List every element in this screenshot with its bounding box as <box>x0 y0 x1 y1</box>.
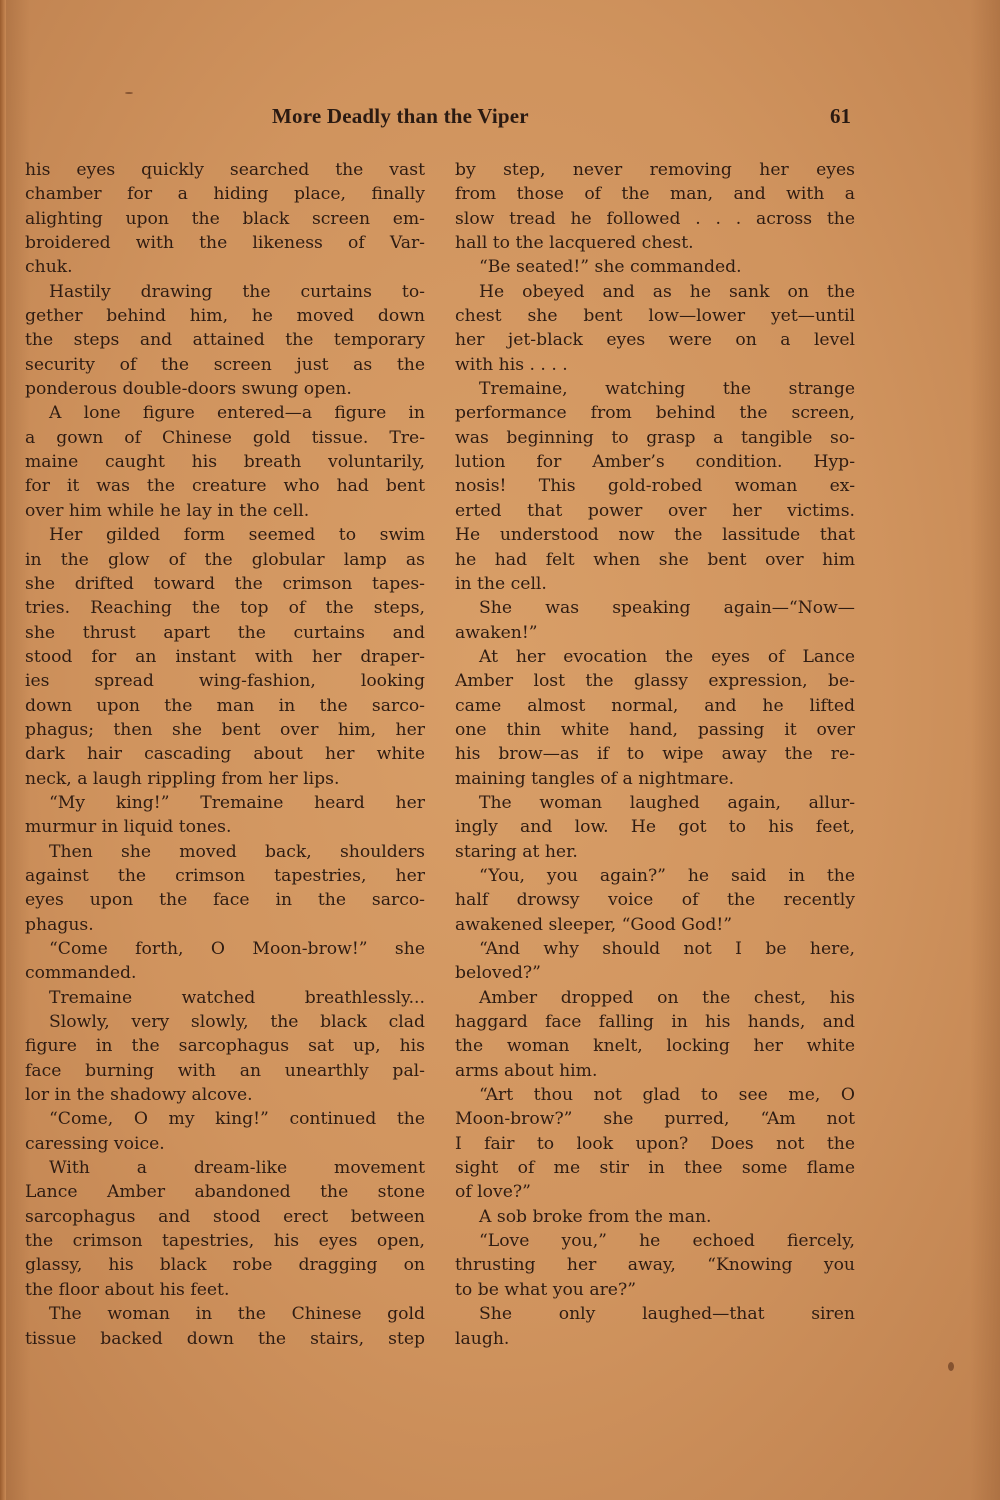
text-line: the crimson tapestries, his eyes open, <box>25 1229 425 1253</box>
text-line: dark hair cascading about her white <box>25 742 425 766</box>
text-line: A sob broke from the man. <box>455 1205 855 1229</box>
text-line: eyes upon the face in the sarco- <box>25 888 425 912</box>
text-line: arms about him. <box>455 1059 855 1083</box>
text-line: by step, never removing her eyes <box>455 158 855 182</box>
running-title: More Deadly than the Viper <box>272 104 529 129</box>
text-line: She only laughed—that siren <box>455 1302 855 1326</box>
text-line: murmur in liquid tones. <box>25 815 425 839</box>
text-line: haggard face falling in his hands, and <box>455 1010 855 1034</box>
text-line: chest she bent low—lower yet—until <box>455 304 855 328</box>
text-line: ies spread wing-fashion, looking <box>25 669 425 693</box>
text-line: Then she moved back, shoulders <box>25 840 425 864</box>
text-line: Tremaine watched breathlessly... <box>25 986 425 1010</box>
text-line: staring at her. <box>455 840 855 864</box>
text-line: commanded. <box>25 961 425 985</box>
text-line: lor in the shadowy alcove. <box>25 1083 425 1107</box>
text-line: maining tangles of a nightmare. <box>455 767 855 791</box>
text-line: came almost normal, and he lifted <box>455 694 855 718</box>
text-line: from those of the man, and with a <box>455 182 855 206</box>
text-line: A lone figure entered—a figure in <box>25 401 425 425</box>
text-line: ponderous double-doors swung open. <box>25 377 425 401</box>
page-header: More Deadly than the Viper 61 <box>0 104 1000 134</box>
text-line: slow tread he followed . . . across the <box>455 207 855 231</box>
text-line: chamber for a hiding place, finally <box>25 182 425 206</box>
text-line: “Come forth, O Moon-brow!” she <box>25 937 425 961</box>
text-line: Her gilded form seemed to swim <box>25 523 425 547</box>
text-line: figure in the sarcophagus sat up, his <box>25 1034 425 1058</box>
text-line: erted that power over her victims. <box>455 499 855 523</box>
text-line: her jet-black eyes were on a level <box>455 328 855 352</box>
text-line: gether behind him, he moved down <box>25 304 425 328</box>
text-line: Moon-brow?” she purred, “Am not <box>455 1107 855 1131</box>
text-line: The woman laughed again, allur- <box>455 791 855 815</box>
text-line: one thin white hand, passing it over <box>455 718 855 742</box>
text-line: sight of me stir in thee some flame <box>455 1156 855 1180</box>
text-line: security of the screen just as the <box>25 353 425 377</box>
text-line: against the crimson tapestries, her <box>25 864 425 888</box>
paper-speck <box>948 1362 954 1371</box>
text-line: the woman knelt, locking her white <box>455 1034 855 1058</box>
text-line: chuk. <box>25 255 425 279</box>
text-line: his brow—as if to wipe away the re- <box>455 742 855 766</box>
text-line: awakened sleeper, “Good God!” <box>455 913 855 937</box>
text-line: to be what you are?” <box>455 1278 855 1302</box>
text-line: awaken!” <box>455 621 855 645</box>
text-line: “You, you again?” he said in the <box>455 864 855 888</box>
text-line: “Come, O my king!” continued the <box>25 1107 425 1131</box>
text-line: sarcophagus and stood erect between <box>25 1205 425 1229</box>
text-line: He understood now the lassitude that <box>455 523 855 547</box>
text-line: He obeyed and as he sank on the <box>455 280 855 304</box>
text-column-left: his eyes quickly searched the vastchambe… <box>25 158 425 1351</box>
text-line: with his . . . . <box>455 353 855 377</box>
paper-speck <box>125 92 133 94</box>
text-line: hall to the lacquered chest. <box>455 231 855 255</box>
text-line: “Love you,” he echoed fiercely, <box>455 1229 855 1253</box>
text-line: for it was the creature who had bent <box>25 474 425 498</box>
text-line: she drifted toward the crimson tapes- <box>25 572 425 596</box>
text-line: At her evocation the eyes of Lance <box>455 645 855 669</box>
text-line: of love?” <box>455 1180 855 1204</box>
text-line: in the glow of the globular lamp as <box>25 548 425 572</box>
text-line: his eyes quickly searched the vast <box>25 158 425 182</box>
text-line: glassy, his black robe dragging on <box>25 1253 425 1277</box>
text-line: maine caught his breath voluntarily, <box>25 450 425 474</box>
text-line: “And why should not I be here, <box>455 937 855 961</box>
text-line: laugh. <box>455 1327 855 1351</box>
page-spine-shadow <box>0 0 6 1500</box>
text-line: was beginning to grasp a tangible so- <box>455 426 855 450</box>
text-line: phagus; then she bent over him, her <box>25 718 425 742</box>
text-line: a gown of Chinese gold tissue. Tre- <box>25 426 425 450</box>
text-line: she thrust apart the curtains and <box>25 621 425 645</box>
text-line: ingly and low. He got to his feet, <box>455 815 855 839</box>
page-number: 61 <box>830 104 851 129</box>
text-line: half drowsy voice of the recently <box>455 888 855 912</box>
text-line: “Art thou not glad to see me, O <box>455 1083 855 1107</box>
text-line: “My king!” Tremaine heard her <box>25 791 425 815</box>
text-line: Slowly, very slowly, the black clad <box>25 1010 425 1034</box>
text-line: neck, a laugh rippling from her lips. <box>25 767 425 791</box>
text-line: caressing voice. <box>25 1132 425 1156</box>
text-line: lution for Amber’s condition. Hyp- <box>455 450 855 474</box>
text-line: thrusting her away, “Knowing you <box>455 1253 855 1277</box>
text-line: The woman in the Chinese gold <box>25 1302 425 1326</box>
text-line: I fair to look upon? Does not the <box>455 1132 855 1156</box>
text-column-right: by step, never removing her eyesfrom tho… <box>455 158 855 1351</box>
text-line: tries. Reaching the top of the steps, <box>25 596 425 620</box>
text-line: alighting upon the black screen em- <box>25 207 425 231</box>
text-line: stood for an instant with her draper- <box>25 645 425 669</box>
text-line: Hastily drawing the curtains to- <box>25 280 425 304</box>
text-line: he had felt when she bent over him <box>455 548 855 572</box>
text-line: the steps and attained the temporary <box>25 328 425 352</box>
text-line: Tremaine, watching the strange <box>455 377 855 401</box>
text-line: She was speaking again—“Now— <box>455 596 855 620</box>
text-line: Amber lost the glassy expression, be- <box>455 669 855 693</box>
text-line: broidered with the likeness of Var- <box>25 231 425 255</box>
text-line: “Be seated!” she commanded. <box>455 255 855 279</box>
text-line: Lance Amber abandoned the stone <box>25 1180 425 1204</box>
text-line: beloved?” <box>455 961 855 985</box>
text-line: in the cell. <box>455 572 855 596</box>
text-line: performance from behind the screen, <box>455 401 855 425</box>
text-line: the floor about his feet. <box>25 1278 425 1302</box>
text-line: face burning with an unearthly pal- <box>25 1059 425 1083</box>
text-line: phagus. <box>25 913 425 937</box>
text-line: With a dream-like movement <box>25 1156 425 1180</box>
text-line: down upon the man in the sarco- <box>25 694 425 718</box>
text-line: nosis! This gold-robed woman ex- <box>455 474 855 498</box>
text-line: tissue backed down the stairs, step <box>25 1327 425 1351</box>
text-line: Amber dropped on the chest, his <box>455 986 855 1010</box>
text-line: over him while he lay in the cell. <box>25 499 425 523</box>
